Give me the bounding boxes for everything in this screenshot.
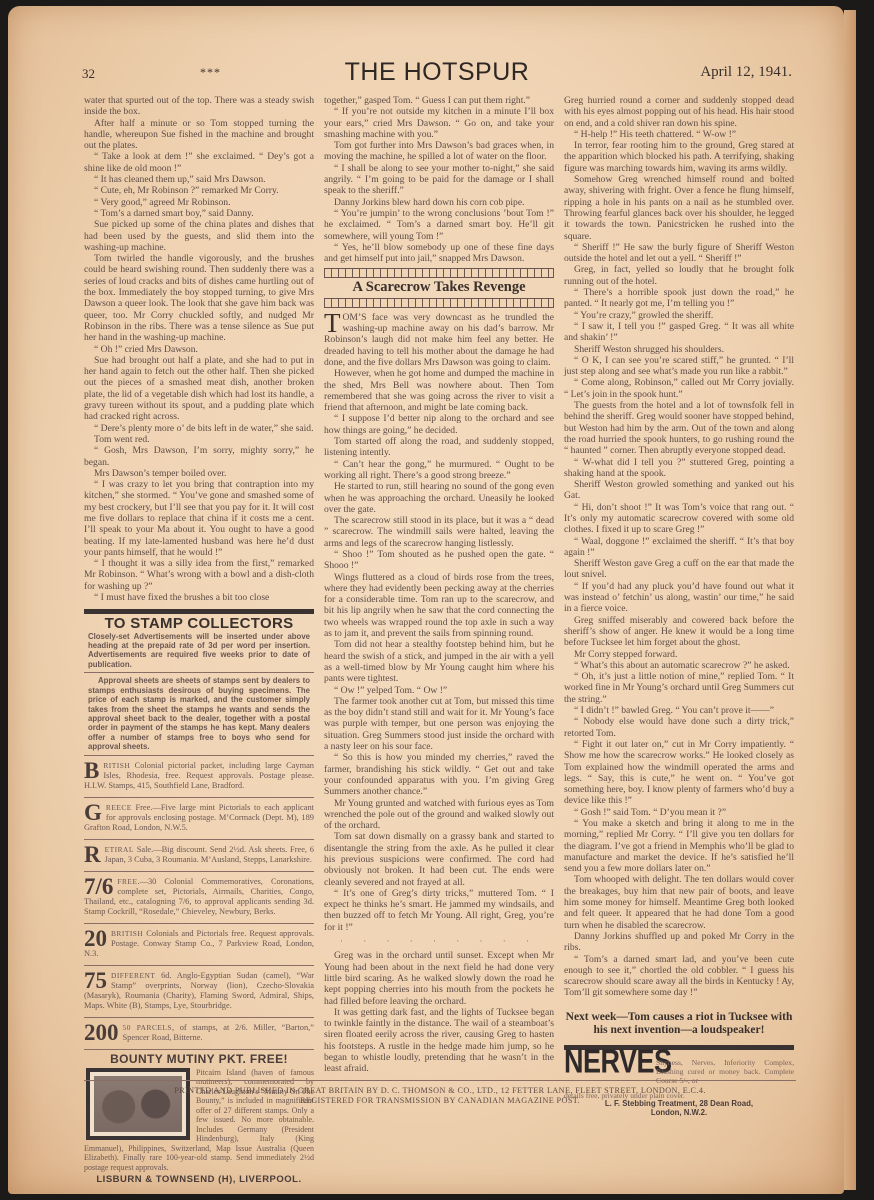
story-paragraph: “ Oh, it’s just a little notion of mine,… — [564, 671, 794, 705]
divider-rule — [84, 923, 314, 924]
story-paragraph: “ Come along, Robinson,” called out Mr C… — [564, 377, 794, 400]
story-paragraph: Sheriff Weston growled something and yan… — [564, 479, 794, 502]
divider-rule — [84, 609, 314, 614]
story-paragraph: Tom got further into Mrs Dawson’s bad gr… — [324, 140, 554, 163]
story-text-col1: water that spurted out of the top. There… — [84, 95, 314, 603]
footer-rule — [84, 1080, 796, 1081]
first-paragraph: TOM’S face was very downcast as he trund… — [324, 312, 554, 368]
story-paragraph: Greg, in fact, yelled so loudly that he … — [564, 264, 794, 287]
ad-lead: R — [84, 845, 101, 865]
column-1: water that spurted out of the top. There… — [84, 95, 314, 1186]
story-paragraph: together,” gasped Tom. “ Guess I can put… — [324, 95, 554, 106]
story-paragraph: Danny Jorkins shuffled up and poked Mr C… — [564, 931, 794, 954]
story-paragraph: Mrs Dawson’s temper boiled over. — [84, 468, 314, 479]
column-3: Greg hurried round a corner and suddenly… — [564, 95, 794, 1112]
divider-rule — [84, 871, 314, 872]
stamp-section-title: TO STAMP COLLECTORS — [84, 618, 314, 629]
drop-cap: T — [324, 312, 341, 334]
story-paragraph: The farmer took another cut at Tom, but … — [324, 696, 554, 752]
story-paragraph: “ W-what did I tell you ?” stuttered Gre… — [564, 457, 794, 480]
story-paragraph: “ Fight it out later on,” cut in Mr Corr… — [564, 739, 794, 807]
story-paragraph: Mr Corry stepped forward. — [564, 649, 794, 660]
story-paragraph: “ I was crazy to let you bring that cont… — [84, 479, 314, 558]
story-paragraph: Mr Young grunted and watched with furiou… — [324, 798, 554, 832]
stamp-ad-item: RETIRAL Sale.—Big discount. Send 2½d. As… — [84, 843, 314, 868]
story-paragraph: “ I thought it was a silly idea from the… — [84, 558, 314, 592]
story-paragraph: “ Waal, doggone !” exclaimed the sheriff… — [564, 536, 794, 559]
story-paragraph: “ I shall be along to see your mother to… — [324, 163, 554, 197]
stamp-ad-item: 20050 PARCELS, of stamps, at 2/6. Miller… — [84, 1021, 314, 1046]
story-paragraph: Somehow Greg wrenched himself round and … — [564, 174, 794, 242]
divider-rule — [84, 797, 314, 798]
story-paragraph: “ Cute, eh, Mr Robinson ?” remarked Mr C… — [84, 185, 314, 196]
story-paragraph: “ Oh !” cried Mrs Dawson. — [84, 344, 314, 355]
stamp-ad-item: GREECE Free.—Five large mint Pictorials … — [84, 801, 314, 836]
column-2: together,” gasped Tom. “ Guess I can put… — [324, 95, 554, 1075]
divider-rule — [84, 1017, 314, 1018]
story-text-col2: However, when he got home and dumped the… — [324, 368, 554, 933]
story-paragraph: “ H-help !” His teeth chattered. “ W-ow … — [564, 129, 794, 140]
story-paragraph: Wings fluttered as a cloud of birds rose… — [324, 572, 554, 640]
ad-lead: 20 — [84, 929, 107, 949]
story-paragraph: “ Tom’s a darned smart lad, and you’ve b… — [564, 954, 794, 999]
story-paragraph: Sheriff Weston gave Greg a cuff on the e… — [564, 558, 794, 581]
story-paragraph: “ Very good,” agreed Mr Robinson. — [84, 197, 314, 208]
story-paragraph: It was getting dark fast, and the lights… — [324, 1007, 554, 1075]
story-paragraph: Greg was in the orchard until sunset. Ex… — [324, 950, 554, 1006]
magazine-title: THE HOTSPUR — [82, 58, 792, 87]
story-paragraph: “ Tom’s a darned smart boy,” said Danny. — [84, 208, 314, 219]
divider-rule — [84, 1049, 314, 1050]
story-paragraph: “ Take a look at dem !” she exclaimed. “… — [84, 151, 314, 174]
story-paragraph: “ You make a sketch and bring it along t… — [564, 818, 794, 874]
story-paragraph: “ What’s this about an automatic scarecr… — [564, 660, 794, 671]
story-paragraph: In terror, fear rooting him to the groun… — [564, 140, 794, 174]
divider-rule — [84, 965, 314, 966]
stamp-ad-item: 20BRITISH Colonials and Pictorials free.… — [84, 927, 314, 962]
story-paragraph: “ Dere’s plenty more o’ de bits left in … — [84, 423, 314, 434]
story-paragraph: The guests from the hotel and a lot of t… — [564, 400, 794, 456]
story-paragraph: Sue picked up some of the china plates a… — [84, 219, 314, 253]
story-paragraph: Sue had brought out half a plate, and sh… — [84, 355, 314, 423]
story-paragraph: Tom sat down dismally on a grassy bank a… — [324, 831, 554, 887]
story-paragraph: “ Hi, don’t shoot !” It was Tom’s voice … — [564, 502, 794, 536]
stamp-notice: Closely-set Advertisements will be inser… — [84, 632, 314, 670]
story-paragraph: “ Nobody else would have done such a dir… — [564, 716, 794, 739]
ad-lead: 75 — [84, 971, 107, 991]
story-paragraph: “ I saw it, I tell you !” gasped Greg. “… — [564, 321, 794, 344]
scene-break: · · · · · · · · · — [324, 936, 554, 947]
story-paragraph: “ You’re crazy,” growled the sheriff. — [564, 310, 794, 321]
divider-rule — [84, 672, 314, 673]
story-paragraph: “ If you’d had any pluck you’d have foun… — [564, 581, 794, 615]
story-paragraph: water that spurted out of the top. There… — [84, 95, 314, 118]
story-paragraph: “ O K, I can see you’re scared stiff,” h… — [564, 355, 794, 378]
story-paragraph: “ Ow !” yelped Tom. “ Ow !” — [324, 685, 554, 696]
ornamental-border — [324, 298, 554, 308]
story-paragraph: “ You’re jumpin’ to the wrong conclusion… — [324, 208, 554, 242]
section-title: A Scarecrow Takes Revenge — [324, 282, 554, 293]
printer-imprint: PRINTED AND PUBLISHED IN GREAT BRITAIN B… — [84, 1086, 796, 1106]
page-edge — [844, 10, 856, 1190]
story-paragraph: “ Gosh !” said Tom. “ D’you mean it ?” — [564, 807, 794, 818]
story-paragraph: “ I suppose I’d better nip along to the … — [324, 413, 554, 436]
story-paragraph: He started to run, still hearing no soun… — [324, 481, 554, 515]
story-paragraph: Greg sniffed miserably and cowered back … — [564, 615, 794, 649]
story-paragraph: “ Yes, he’ll blow somebody up one of the… — [324, 242, 554, 265]
story-text-col2-after: Greg was in the orchard until sunset. Ex… — [324, 950, 554, 1074]
stamp-ad-item: 75DIFFERENT 6d. Anglo-Egyptian Sudan (ca… — [84, 969, 314, 1014]
ad-lead: G — [84, 803, 102, 823]
stamp-ad-item: BRITISH Colonial pictorial packet, inclu… — [84, 759, 314, 794]
story-paragraph: Tom started off along the road, and sudd… — [324, 436, 554, 459]
story-paragraph: “ Sheriff !” He saw the burly figure of … — [564, 242, 794, 265]
story-paragraph: “ Shoo !” Tom shouted as he pushed open … — [324, 549, 554, 572]
approval-note: Approval sheets are sheets of stamps sen… — [84, 676, 314, 751]
story-paragraph: “ There’s a horrible spook just down the… — [564, 287, 794, 310]
ad-lead: B — [84, 761, 99, 781]
story-paragraph: “ I must have fixed the brushes a bit to… — [84, 592, 314, 603]
issue-date: April 12, 1941. — [700, 64, 792, 81]
divider-rule — [84, 839, 314, 840]
bounty-ad: BOUNTY MUTINY PKT. FREE! Pitcairn Island… — [84, 1054, 314, 1186]
ornamental-border — [324, 268, 554, 278]
story-paragraph: “ It has cleaned them up,” said Mrs Daws… — [84, 174, 314, 185]
bounty-title: BOUNTY MUTINY PKT. FREE! — [84, 1054, 314, 1065]
stamp-ad-item: 7/6FREE.—30 Colonial Commemoratives, Cor… — [84, 875, 314, 920]
story-paragraph: However, when he got home and dumped the… — [324, 368, 554, 413]
ad-lead: 200 — [84, 1023, 119, 1043]
page-header: 32 *** THE HOTSPUR April 12, 1941. — [82, 58, 792, 92]
story-paragraph: “ If you’re not outside my kitchen in a … — [324, 106, 554, 140]
story-paragraph: Sheriff Weston shrugged his shoulders. — [564, 344, 794, 355]
story-paragraph: The scarecrow still stood in its place, … — [324, 515, 554, 549]
story-paragraph: Greg hurried round a corner and suddenly… — [564, 95, 794, 129]
story-paragraph: Tom went red. — [84, 434, 314, 445]
story-paragraph: After half a minute or so Tom stopped tu… — [84, 118, 314, 152]
advertiser-name: LISBURN & TOWNSEND (H), LIVERPOOL. — [84, 1174, 314, 1185]
story-paragraph: Danny Jorkins blew hard down his corn co… — [324, 197, 554, 208]
story-paragraph: Tom whooped with delight. The ten dollar… — [564, 874, 794, 930]
story-paragraph: “ So this is how you minded my cherries,… — [324, 752, 554, 797]
next-week-teaser: Next week—Tom causes a riot in Tucksee w… — [564, 1011, 794, 1037]
story-paragraph: “ I didn’t !” bawled Greg. “ You can’t p… — [564, 705, 794, 716]
story-paragraph: “ Can’t hear the gong,” he murmured. “ O… — [324, 459, 554, 482]
stamp-ad-list: BRITISH Colonial pictorial packet, inclu… — [84, 759, 314, 1050]
story-paragraph: Tom did not hear a stealthy footstep beh… — [324, 639, 554, 684]
story-paragraph: “ Gosh, Mrs Dawson, I’m sorry, mighty so… — [84, 445, 314, 468]
story-paragraph: “ It’s one of Greg’s dirty tricks,” mutt… — [324, 888, 554, 933]
story-text-col2-top: together,” gasped Tom. “ Guess I can put… — [324, 95, 554, 264]
story-text-col3: Greg hurried round a corner and suddenly… — [564, 95, 794, 999]
story-paragraph: Tom twirled the handle vigorously, and t… — [84, 253, 314, 343]
ad-lead: 7/6 — [84, 877, 113, 897]
divider-rule — [84, 755, 314, 756]
